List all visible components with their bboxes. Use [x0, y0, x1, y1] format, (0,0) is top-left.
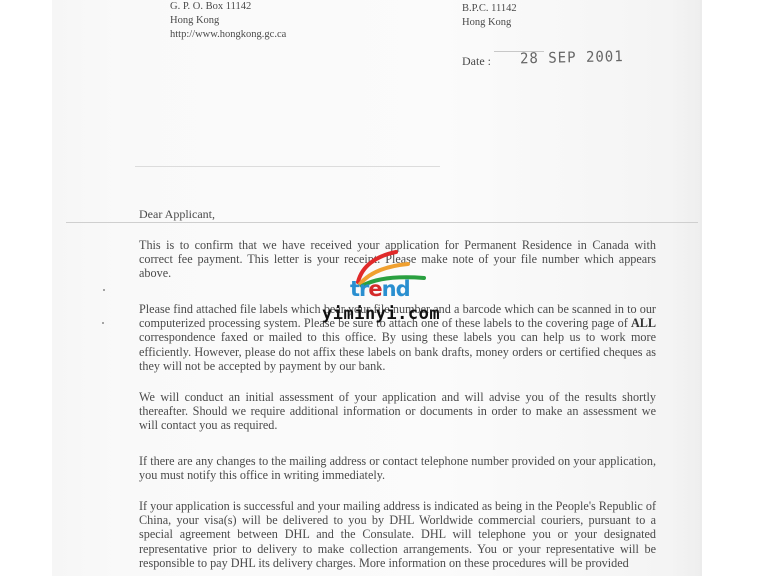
- address-line: B.P.C. 11142: [462, 2, 517, 16]
- sheet-edge: [700, 0, 702, 576]
- salutation: Dear Applicant,: [139, 207, 215, 222]
- date-label: Date :: [462, 54, 491, 69]
- document-page: G. P. O. Box 11142 Hong Kong http://www.…: [0, 0, 768, 576]
- sender-address-french: B.P.C. 11142 Hong Kong: [462, 2, 517, 30]
- date-stamp: 28 SEP 2001: [520, 48, 624, 67]
- scan-speck: [103, 289, 105, 291]
- website-link: http://www.hongkong.gc.ca: [170, 28, 286, 42]
- paragraph-text: correspondence faxed or mailed to this o…: [139, 330, 656, 372]
- emphasis-text: ALL: [631, 316, 656, 330]
- scanned-sheet: [52, 0, 702, 576]
- paragraph-text: Please find attached file labels which b…: [139, 302, 656, 330]
- paragraph-receipt: This is to confirm that we have received…: [139, 238, 656, 281]
- divider: [66, 222, 698, 223]
- scan-speck: [102, 322, 104, 324]
- paragraph-assessment: We will conduct an initial assessment of…: [139, 390, 656, 433]
- address-line: G. P. O. Box 11142: [170, 0, 286, 14]
- paragraph-visa-delivery: If your application is successful and yo…: [139, 499, 656, 570]
- address-line: Hong Kong: [462, 16, 517, 30]
- paragraph-file-labels: Please find attached file labels which b…: [139, 302, 656, 373]
- divider: [135, 166, 440, 167]
- sender-address: G. P. O. Box 11142 Hong Kong http://www.…: [170, 0, 286, 42]
- paragraph-address-changes: If there are any changes to the mailing …: [139, 454, 656, 482]
- address-line: Hong Kong: [170, 14, 286, 28]
